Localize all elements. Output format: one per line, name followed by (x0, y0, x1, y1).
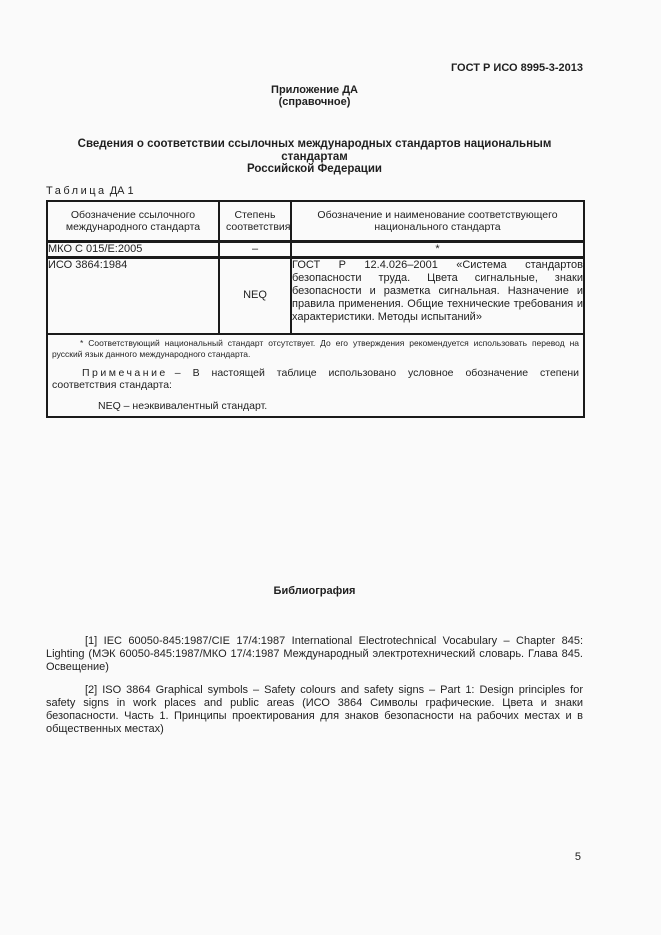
doc-reference: ГОСТ Р ИСО 8995-3-2013 (46, 62, 583, 74)
table-footnote-row: * Соответствующий национальный стандарт … (47, 334, 584, 417)
table-note-label: Примечание (82, 367, 168, 379)
page-content: ГОСТ Р ИСО 8995-3-2013 Приложение ДА (сп… (46, 0, 583, 736)
section-heading-line1: Сведения о соответствии ссылочных междун… (78, 138, 552, 163)
column-header-reference-standard: Обозначение ссылочного международного ст… (47, 201, 219, 242)
bibliography-item: [1] IEC 60050-845:1987/CIE 17/4:1987 Int… (46, 635, 583, 674)
table-row: ИСО 3864:1984 NEQ ГОСТ Р 12.4.026–2001 «… (47, 257, 584, 334)
cell-degree: NEQ (219, 257, 291, 334)
cell-degree: – (219, 241, 291, 257)
table-header-row: Обозначение ссылочного международного ст… (47, 201, 584, 242)
cell-national-standard: * (291, 241, 584, 257)
column-header-degree-of-conformity: Степень соответствия (219, 201, 291, 242)
document-page: ГОСТ Р ИСО 8995-3-2013 Приложение ДА (сп… (0, 0, 661, 935)
section-heading: Сведения о соответствии ссылочных междун… (46, 138, 583, 176)
table-label-number: ДА 1 (110, 185, 134, 197)
appendix-subtitle: (справочное) (46, 96, 583, 108)
section-heading-line2: Российской Федерации (247, 163, 382, 175)
table-label: Таблица ДА 1 (46, 185, 583, 197)
table-row: МКО С 015/Е:2005 – * (47, 241, 584, 257)
cell-reference-standard: МКО С 015/Е:2005 (47, 241, 219, 257)
cell-national-standard: ГОСТ Р 12.4.026–2001 «Система стандартов… (291, 257, 584, 334)
table-footnote: * Соответствующий национальный стандарт … (52, 338, 579, 360)
bibliography-title: Библиография (46, 585, 583, 597)
cell-reference-standard: ИСО 3864:1984 (47, 257, 219, 334)
appendix-title: Приложение ДА (46, 84, 583, 96)
table-note: Примечание– В настоящей таблице использо… (52, 367, 579, 392)
table-footnote-cell: * Соответствующий национальный стандарт … (47, 334, 584, 417)
correspondence-table: Обозначение ссылочного международного ст… (46, 200, 585, 418)
table-label-word: Таблица (46, 185, 107, 197)
table-note-item: NEQ – неэквивалентный стандарт. (52, 400, 579, 412)
column-header-national-standard: Обозначение и наименование соответствующ… (291, 201, 584, 242)
bibliography-item: [2] ISO 3864 Graphical symbols – Safety … (46, 684, 583, 736)
page-number: 5 (575, 851, 581, 863)
